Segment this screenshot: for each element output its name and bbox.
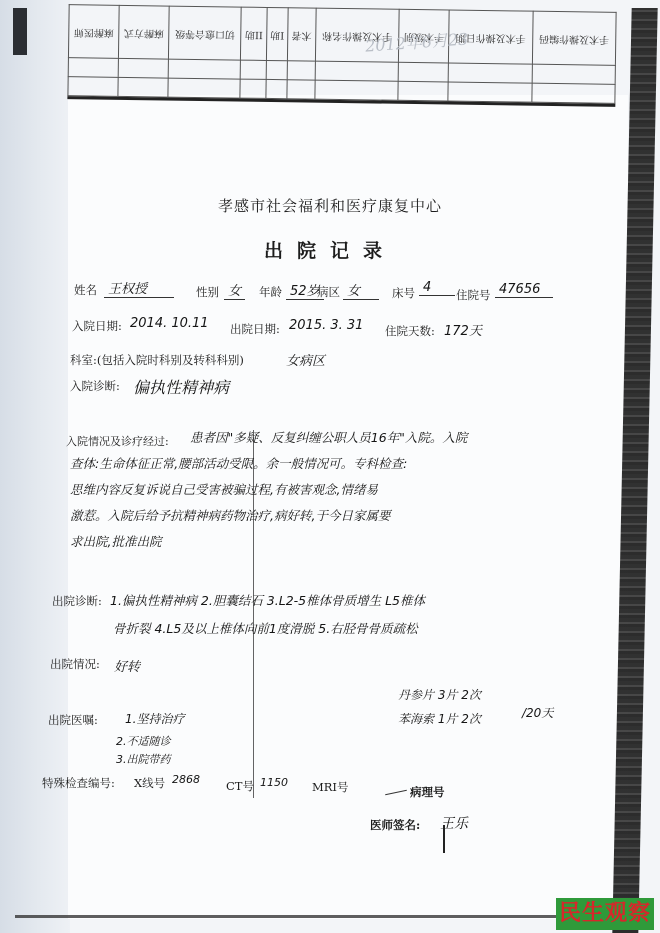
discharge-diagnosis-line: 1.偏执性精神病 2.胆囊结石 3.L2-5椎体骨质增生 L5椎体 [110,591,425,609]
course-label: 入院情况及诊疗经过: [66,433,169,449]
table-header-cell: 切口愈合等级 [169,6,242,60]
scan-bottom-edge [15,915,625,918]
table-header-cell: 手术及操作编码 [532,11,616,65]
name-label: 姓名 [74,282,97,298]
ct-number: 1150 [260,776,288,789]
inpatient-number: 47656 [495,282,553,298]
patient-ward: 女 [343,280,379,300]
bed-number: 4 [419,280,455,296]
discharge-date-label: 出院日期: [230,321,280,337]
patient-name: 王权授 [104,278,174,298]
doctor-signature-label: 医师签名: [370,817,420,833]
xray-label: X线号 [134,775,165,791]
discharge-diagnosis-label: 出院诊断: [52,593,102,609]
discharge-status: 好转 [114,656,140,675]
watermark-badge: 民生观察 [556,898,654,930]
age-label: 年龄 [259,284,282,300]
previous-page-surgery-table: 手术及操作编码 手术及操作日期 手术级别 手术及操作名称 术者 I助 II助 切… [67,4,616,107]
table-header-cell: 麻醉方式 [119,5,170,59]
discharge-order-item: 3.出院带药 [116,751,171,767]
medication-line: 苯海索 1片 2次 [398,710,481,727]
signature-stroke [443,825,445,853]
course-line: 患者因"多疑、反复纠缠公职人员16年"入院。入院 [190,425,467,451]
admission-diagnosis-label: 入院诊断: [70,378,120,394]
xray-number: 2868 [172,773,200,786]
bed-label: 床号 [392,285,415,301]
organization-name: 孝感市社会福利和医疗康复中心 [0,195,660,216]
table-header-cell: 麻醉医师 [68,5,119,59]
patient-sex: 女 [224,280,245,300]
department-value: 女病区 [286,350,325,369]
medication-duration: /20天 [522,704,553,721]
department-label: 科室:(包括入院时科别及转科科别) [70,352,244,368]
admission-diagnosis: 偏执性精神病 [133,375,229,398]
stay-days: 172天 [444,320,482,339]
mri-label: MRI号 [312,779,348,795]
scan-left-margin [0,0,70,933]
pen-stroke [253,430,254,798]
table-header-cell: I助 [266,7,288,60]
discharge-status-label: 出院情况: [50,656,100,672]
course-line: 求出院,批准出院 [70,529,161,555]
table-header-cell: 术者 [287,8,316,61]
discharge-order-item: 2.不适随诊 [116,733,171,749]
page-title: 出院记录 [0,236,660,263]
admission-date: 2014. 10.11 [130,316,209,331]
ward-label: 病区 [317,284,340,300]
discharge-diagnosis-line: 骨折裂 4.L5及以上椎体向前1度滑脱 5.右胫骨骨质疏松 [113,619,418,637]
discharge-date: 2015. 3. 31 [289,318,363,333]
pathology-label: 病理号 [410,784,445,800]
stay-days-label: 住院天数: [385,323,435,339]
table-header-cell: II助 [241,7,267,60]
scan-edge-mark [13,8,27,55]
admission-date-label: 入院日期: [72,318,122,334]
special-exam-label: 特殊检查编号: [42,775,115,791]
sex-label: 性别 [196,284,219,300]
course-line: 思维内容反复诉说自己受害被骗过程,有被害观念,情绪易 [70,477,378,503]
course-line: 查体:生命体征正常,腰部活动受限。余一般情况可。专科检查: [70,451,407,477]
ct-label: CT号 [226,778,254,794]
inpatient-number-label: 住院号 [456,287,491,303]
course-line: 激惹。入院后给予抗精神病药物治疗,病好转,于今日家属要 [70,503,390,529]
discharge-orders-label: 出院医嘱: [48,712,98,728]
discharge-order-item: 1.坚持治疗 [125,710,184,727]
medication-line: 丹参片 3片 2次 [398,686,481,703]
